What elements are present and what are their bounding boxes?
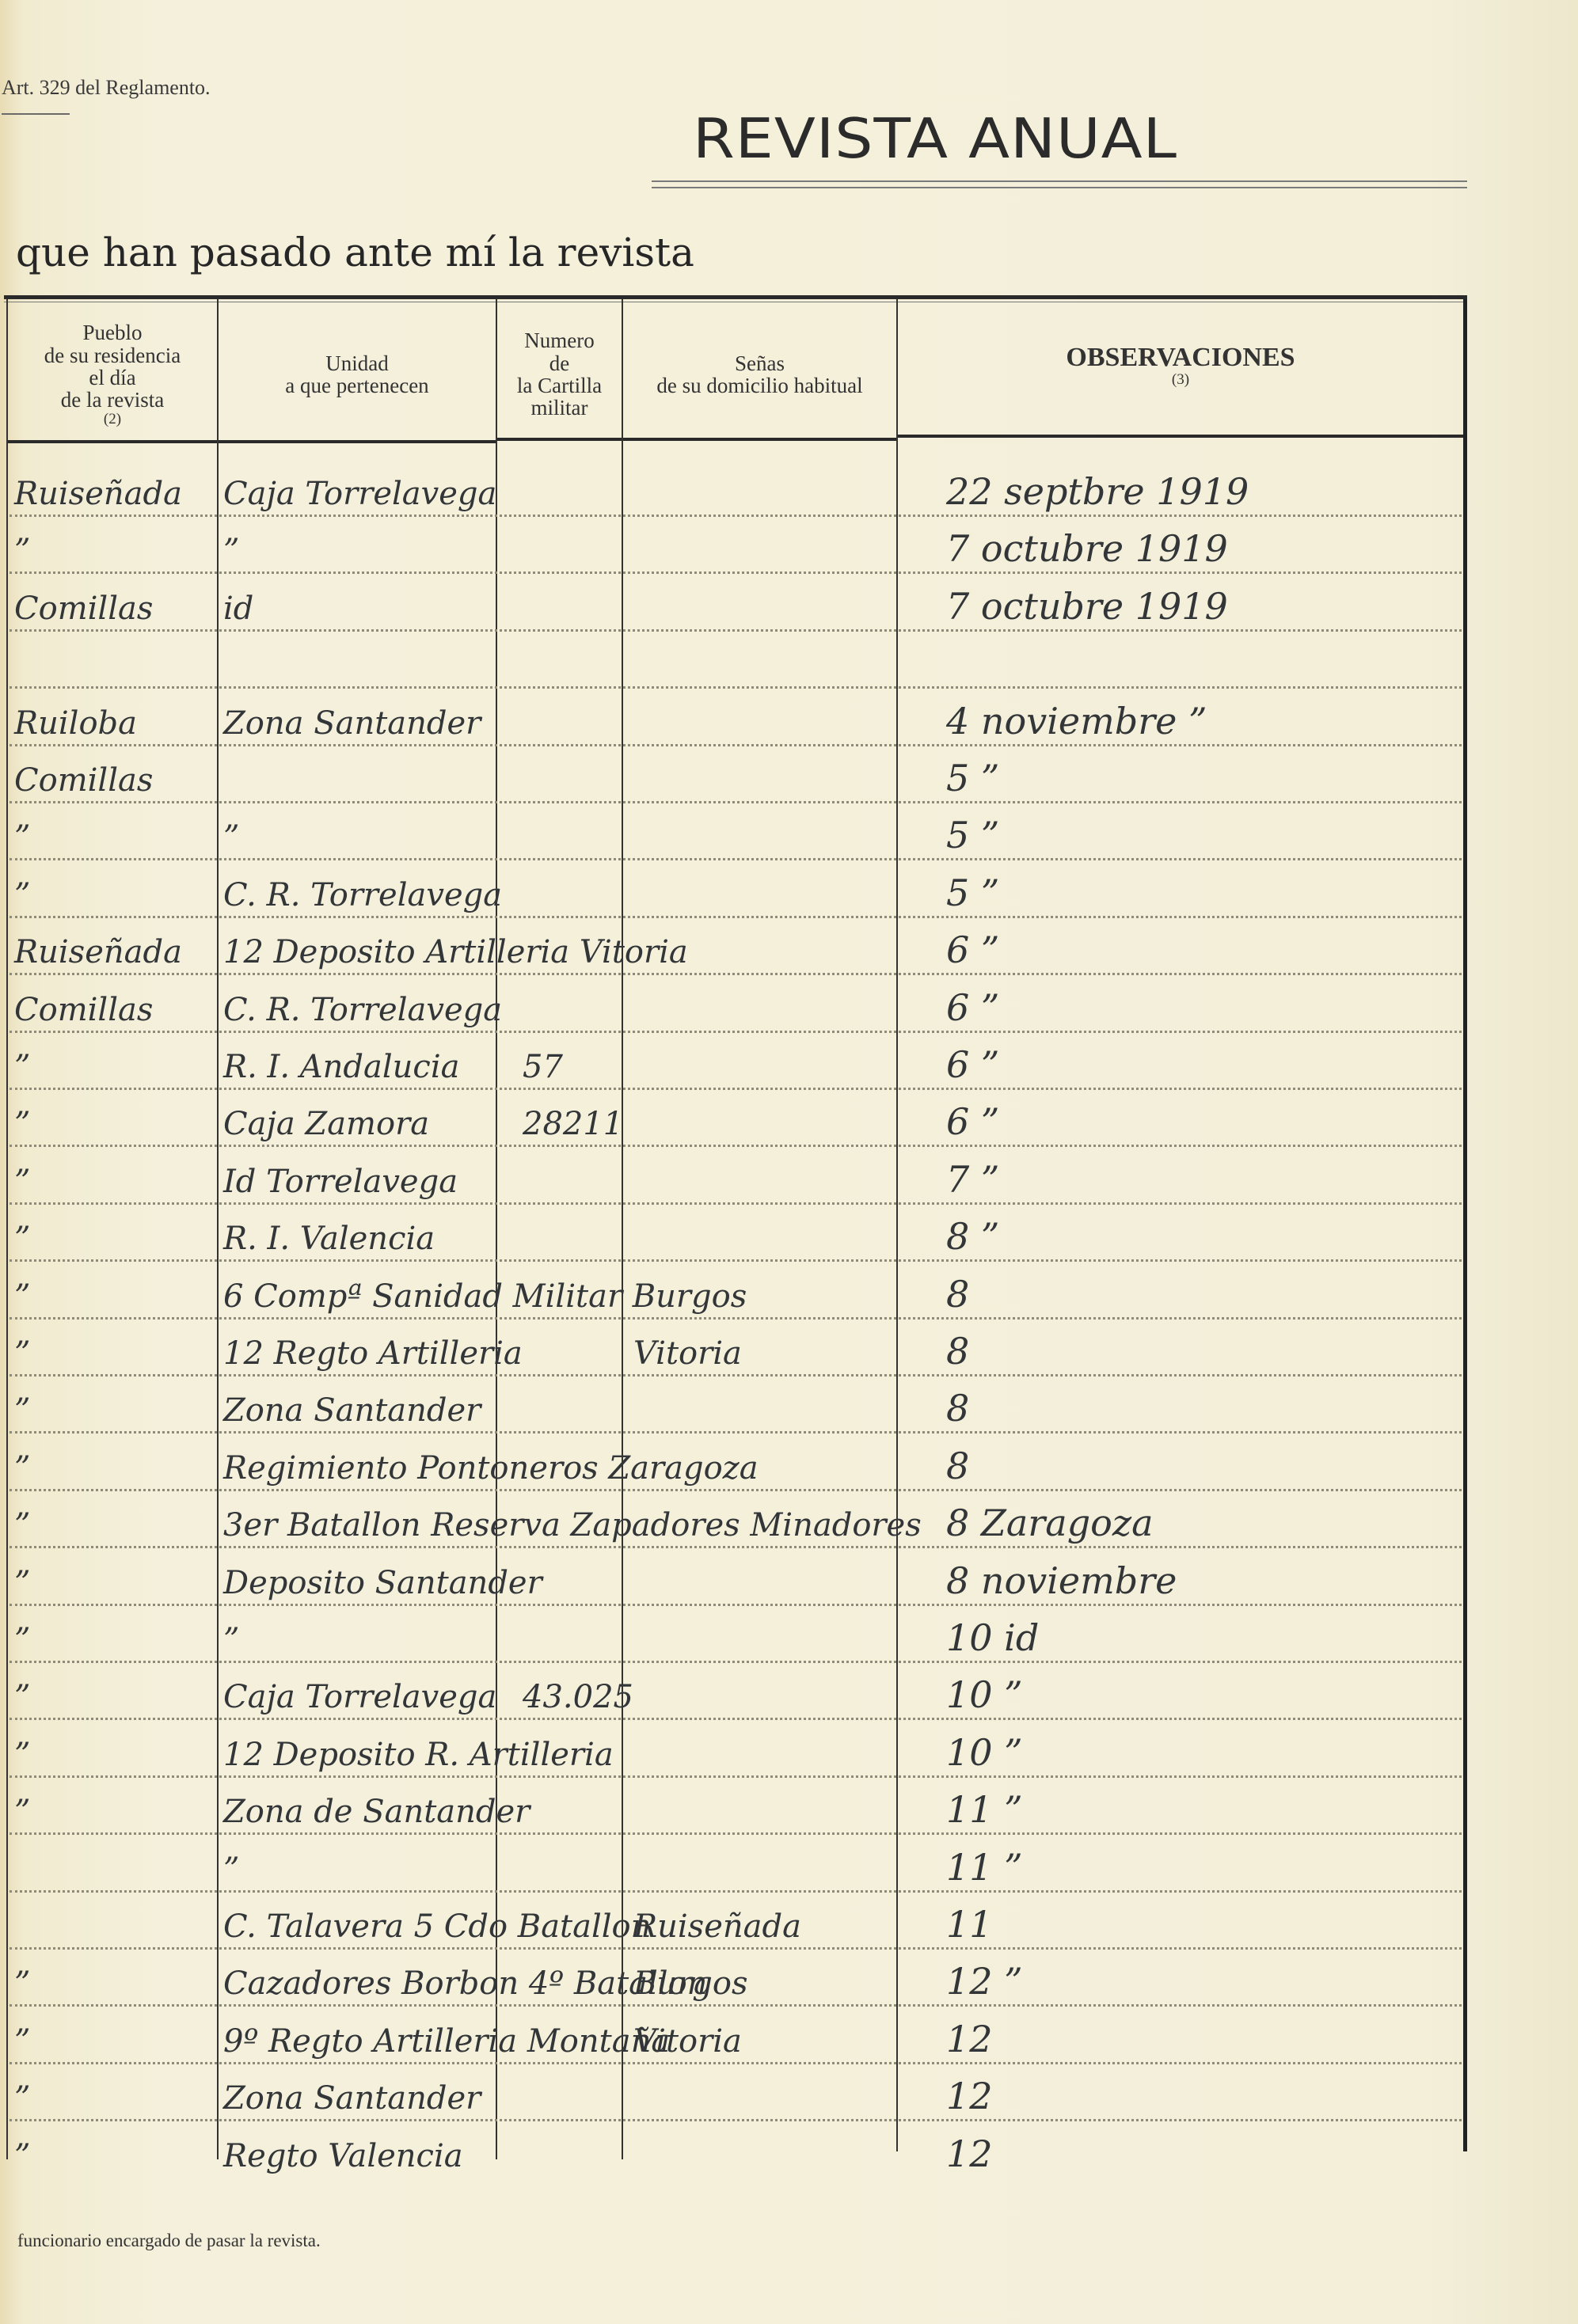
cell-obs: 8 bbox=[946, 1333, 969, 1369]
column-divider bbox=[217, 299, 219, 2159]
header-note: (3) bbox=[1172, 372, 1189, 388]
cell-obs: 12 bbox=[946, 2136, 993, 2172]
cell-obs: 12 ” bbox=[946, 1963, 1023, 1999]
cell-unidad: ” bbox=[223, 1624, 239, 1656]
row-rule bbox=[10, 1489, 1462, 1491]
cell-obs: 10 ” bbox=[946, 1734, 1023, 1771]
header-rule bbox=[623, 438, 896, 441]
cell-senas: Burgos bbox=[633, 1968, 748, 1999]
cell-obs: 6 ” bbox=[946, 989, 999, 1026]
cell-pueblo: ” bbox=[14, 1681, 30, 1713]
cell-unidad: 12 Deposito Artilleria Vitoria bbox=[223, 936, 688, 968]
cell-obs: 8 bbox=[946, 1448, 969, 1484]
cell-obs: 6 ” bbox=[946, 1103, 999, 1140]
row-rule bbox=[10, 1604, 1462, 1606]
document-subtitle: que han pasado ante mí la revista bbox=[16, 230, 694, 275]
cell-unidad: 12 Deposito R. Artilleria bbox=[223, 1739, 614, 1771]
row-rule bbox=[10, 629, 1462, 632]
cell-pueblo: Ruiloba bbox=[14, 708, 137, 739]
cell-pueblo: ” bbox=[14, 535, 30, 567]
cell-unidad: id bbox=[223, 593, 253, 625]
cell-unidad: Regimiento Pontoneros Zaragoza bbox=[223, 1452, 759, 1484]
row-rule bbox=[10, 1202, 1462, 1205]
column-divider bbox=[496, 299, 497, 2159]
cell-pueblo: ” bbox=[14, 1166, 30, 1198]
title-rule bbox=[652, 187, 1467, 188]
cell-pueblo: ” bbox=[14, 1051, 30, 1083]
cell-obs: 11 bbox=[946, 1906, 993, 1942]
table-top-border-thin bbox=[4, 302, 1467, 302]
row-rule bbox=[10, 2119, 1462, 2121]
cell-unidad: Id Torrelavega bbox=[223, 1166, 458, 1198]
cell-unidad: 12 Regto Artilleria bbox=[223, 1338, 523, 1369]
row-rule bbox=[10, 1947, 1462, 1950]
row-rule bbox=[10, 1088, 1462, 1090]
cell-unidad: Zona Santander bbox=[223, 708, 481, 739]
row-rule bbox=[10, 916, 1462, 918]
cell-pueblo: ” bbox=[14, 2140, 30, 2172]
row-rule bbox=[10, 801, 1462, 803]
cell-pueblo: Comillas bbox=[14, 994, 153, 1026]
divider bbox=[2, 113, 70, 115]
header-label: Pueblo de su residencia el día de la rev… bbox=[44, 321, 181, 411]
cell-pueblo: ” bbox=[14, 1567, 30, 1599]
cell-obs: 8 bbox=[946, 1390, 969, 1426]
footer-text: funcionario encargado de pasar la revist… bbox=[17, 2231, 321, 2251]
cell-pueblo: ” bbox=[14, 1281, 30, 1312]
cell-pueblo: Comillas bbox=[14, 593, 153, 625]
table-right-border bbox=[1463, 299, 1467, 2151]
cell-pueblo: ” bbox=[14, 1223, 30, 1255]
cell-unidad: ” bbox=[223, 535, 239, 567]
cell-pueblo: ” bbox=[14, 1968, 30, 1999]
cell-pueblo: Ruiseñada bbox=[14, 936, 182, 968]
row-rule bbox=[10, 1775, 1462, 1778]
cell-pueblo: ” bbox=[14, 1509, 30, 1541]
table-top-border bbox=[4, 295, 1467, 299]
cell-unidad: 9º Regto Artilleria Montaña bbox=[223, 2026, 670, 2057]
cell-obs: 4 noviembre ” bbox=[946, 703, 1207, 739]
row-rule bbox=[10, 744, 1462, 746]
row-rule bbox=[10, 1431, 1462, 1434]
cell-obs: 10 id bbox=[946, 1620, 1039, 1656]
cell-unidad: Regto Valencia bbox=[223, 2140, 463, 2172]
cell-obs: 8 bbox=[946, 1276, 969, 1312]
row-rule bbox=[10, 858, 1462, 860]
cell-pueblo: ” bbox=[14, 822, 30, 853]
cell-obs: 7 ” bbox=[946, 1161, 999, 1198]
cell-pueblo: ” bbox=[14, 1739, 30, 1771]
cell-obs: 11 ” bbox=[946, 1791, 1023, 1828]
cell-unidad: Caja Zamora bbox=[223, 1108, 429, 1140]
cell-unidad: 3er Batallon Reserva Zapadores Minadores bbox=[223, 1509, 922, 1541]
cell-obs: 6 ” bbox=[946, 932, 999, 968]
cell-unidad: 6 Compª Sanidad Militar Burgos bbox=[223, 1281, 747, 1312]
header-rule bbox=[8, 440, 217, 443]
cell-pueblo: ” bbox=[14, 2083, 30, 2114]
row-rule bbox=[10, 1145, 1462, 1147]
row-rule bbox=[10, 686, 1462, 689]
cell-obs: 8 noviembre bbox=[946, 1563, 1177, 1599]
cell-unidad: ” bbox=[223, 1854, 239, 1885]
cell-unidad: Caja Torrelavega bbox=[223, 1681, 496, 1713]
cell-unidad: Zona de Santander bbox=[223, 1796, 530, 1828]
row-rule bbox=[10, 1546, 1462, 1548]
row-rule bbox=[10, 1259, 1462, 1262]
cell-obs: 12 bbox=[946, 2078, 993, 2114]
cell-obs: 22 septbre 1919 bbox=[946, 473, 1249, 510]
row-rule bbox=[10, 2004, 1462, 2007]
article-reference: Art. 329 del Reglamento. bbox=[2, 76, 211, 100]
cell-unidad: Caja Torrelavega bbox=[223, 478, 496, 510]
row-rule bbox=[10, 1317, 1462, 1320]
cell-pueblo: Comillas bbox=[14, 765, 153, 796]
cell-unidad: Deposito Santander bbox=[223, 1567, 542, 1599]
cell-obs: 6 ” bbox=[946, 1046, 999, 1083]
cell-pueblo: ” bbox=[14, 879, 30, 911]
row-rule bbox=[10, 1374, 1462, 1377]
row-rule bbox=[10, 1718, 1462, 1720]
cell-obs: 7 octubre 1919 bbox=[946, 588, 1228, 625]
cell-obs: 7 octubre 1919 bbox=[946, 530, 1228, 567]
cell-unidad: R. I. Andalucia bbox=[223, 1051, 459, 1083]
cell-obs: 5 ” bbox=[946, 760, 999, 796]
cell-cartilla: 28211 bbox=[523, 1108, 623, 1140]
cell-unidad: C. R. Torrelavega bbox=[223, 879, 502, 911]
header-label: Unidad a que pertenecen bbox=[285, 352, 428, 397]
row-rule bbox=[10, 1661, 1462, 1663]
cell-pueblo: ” bbox=[14, 1796, 30, 1828]
header-label: Señas de su domicilio habitual bbox=[656, 352, 862, 397]
header-note: (2) bbox=[104, 412, 121, 427]
cell-unidad: Zona Santander bbox=[223, 2083, 481, 2114]
cell-senas: Vitoria bbox=[633, 2026, 742, 2057]
cell-pueblo: ” bbox=[14, 1338, 30, 1369]
document-title: REVISTA ANUAL bbox=[693, 111, 1177, 166]
column-divider bbox=[896, 299, 898, 2151]
row-rule bbox=[10, 1031, 1462, 1033]
header-unidad: Unidad a que pertenecen bbox=[219, 310, 496, 439]
row-rule bbox=[10, 572, 1462, 574]
cell-unidad: C. Talavera 5 Cdo Batallon bbox=[223, 1911, 651, 1942]
cell-obs: 8 Zaragoza bbox=[946, 1505, 1154, 1541]
header-rule bbox=[898, 435, 1463, 438]
cell-obs: 12 bbox=[946, 2021, 993, 2057]
cell-pueblo: ” bbox=[14, 1624, 30, 1656]
row-rule bbox=[10, 2062, 1462, 2064]
cell-unidad: ” bbox=[223, 822, 239, 853]
cell-unidad: Zona Santander bbox=[223, 1395, 481, 1426]
cell-pueblo: ” bbox=[14, 1452, 30, 1484]
header-observaciones: OBSERVACIONES (3) bbox=[898, 310, 1463, 421]
cell-pueblo: ” bbox=[14, 2026, 30, 2057]
column-divider bbox=[622, 299, 623, 2159]
cell-obs: 10 ” bbox=[946, 1677, 1023, 1713]
cell-unidad: C. R. Torrelavega bbox=[223, 994, 502, 1026]
cell-obs: 11 ” bbox=[946, 1849, 1023, 1885]
header-label: Numero de la Cartilla militar bbox=[517, 329, 602, 419]
header-rule bbox=[219, 440, 496, 443]
cell-unidad: R. I. Valencia bbox=[223, 1223, 435, 1255]
header-cartilla: Numero de la Cartilla militar bbox=[497, 310, 622, 439]
cell-senas: Vitoria bbox=[633, 1338, 742, 1369]
title-rule bbox=[652, 180, 1467, 182]
row-rule bbox=[10, 973, 1462, 975]
cell-cartilla: 43.025 bbox=[523, 1681, 633, 1713]
cell-cartilla: 57 bbox=[523, 1051, 563, 1083]
row-rule bbox=[10, 515, 1462, 517]
cell-pueblo: Ruiseñada bbox=[14, 478, 182, 510]
cell-pueblo: ” bbox=[14, 1395, 30, 1426]
cell-obs: 5 ” bbox=[946, 875, 999, 911]
header-rule bbox=[497, 438, 622, 441]
cell-obs: 8 ” bbox=[946, 1218, 999, 1255]
cell-senas: Ruiseñada bbox=[633, 1911, 801, 1942]
cell-obs: 5 ” bbox=[946, 817, 999, 853]
cell-pueblo: ” bbox=[14, 1108, 30, 1140]
header-pueblo: Pueblo de su residencia el día de la rev… bbox=[8, 310, 217, 439]
column-divider bbox=[6, 299, 8, 2159]
row-rule bbox=[10, 1832, 1462, 1835]
row-rule bbox=[10, 1890, 1462, 1893]
header-label: OBSERVACIONES bbox=[1066, 344, 1295, 372]
header-senas: Señas de su domicilio habitual bbox=[623, 310, 896, 439]
